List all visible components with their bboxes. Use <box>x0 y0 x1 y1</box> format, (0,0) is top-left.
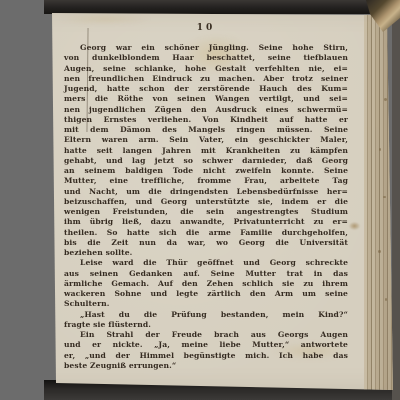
text-line: wenigen Freistunden, die sein angestreng… <box>64 207 348 217</box>
text-line: und Nacht, um die dringendsten Lebensbed… <box>64 187 348 197</box>
text-line: an seinem baldigen Tode nicht zweifeln k… <box>64 166 348 176</box>
right-shadow <box>392 0 400 400</box>
text-line: Mutter, eine treffliche, fromme Frau, ar… <box>64 176 348 186</box>
text-line: von dunkelblondem Haar beschattet, seine… <box>64 53 348 63</box>
text-line: wackeren Sohne und legte zärtlich den Ar… <box>64 289 348 299</box>
text-line: mers die Röthe von seinen Wangen vertilg… <box>64 94 348 104</box>
text-line: gehabt, und lag jetzt so schwer darniede… <box>64 156 348 166</box>
text-line: bis die Zeit nun da war, wo Georg die Un… <box>64 238 348 248</box>
top-shadow <box>44 0 400 14</box>
margin-stain <box>349 222 360 230</box>
foxing-fleck <box>378 250 381 253</box>
text-line: thigen Ernstes verliehen. Von Kindheit a… <box>64 115 348 125</box>
text-line: aus seinen Gedanken auf. Seine Mutter tr… <box>64 269 348 279</box>
book-page: 10 Georg war ein schöner Jüngling. Seine… <box>0 0 400 400</box>
text-line: und er nickte. „Ja, meine liebe Mutter,“… <box>64 340 348 350</box>
text-line: Jugend, hatte schon der zerstörende Hauc… <box>64 84 348 94</box>
text-line: Ein Strahl der Freude brach aus Georgs A… <box>64 330 348 340</box>
foxing-fleck <box>383 196 386 198</box>
scanned-book-photo: 10 Georg war ein schöner Jüngling. Seine… <box>0 0 400 400</box>
text-line: ärmliche Gemach. Auf den Zehen schlich s… <box>64 279 348 289</box>
page-number: 10 <box>64 23 348 33</box>
text-line: Schultern. <box>64 299 348 309</box>
text-block: Georg war ein schöner Jüngling. Seine ho… <box>64 43 348 371</box>
text-line: fragte sie flüsternd. <box>64 320 348 330</box>
text-line: „Hast du die Prüfung bestanden, mein Kin… <box>64 310 348 320</box>
text-line: Georg war ein schöner Jüngling. Seine ho… <box>64 43 348 53</box>
foxing-fleck <box>384 98 387 101</box>
foxing-fleck <box>385 298 387 301</box>
text-line: mit dem Dämon des Mangels ringen müssen.… <box>64 125 348 135</box>
text-line: beizuschaffen, und Georg unterstützte si… <box>64 197 348 207</box>
text-line: beziehen sollte. <box>64 248 348 258</box>
foxing-fleck <box>379 148 381 151</box>
text-line: er, „und der Himmel begünstigte mich. Ic… <box>64 351 348 361</box>
text-line: Augen, seine schlanke, hohe Gestalt verf… <box>64 64 348 74</box>
text-line: theilen. So hatte sich die arme Familie … <box>64 228 348 238</box>
text-line: nen freundlichen Eindruck zu machen. Abe… <box>64 74 348 84</box>
text-line: beste Zeugniß errungen.“ <box>64 361 348 371</box>
text-line: nen jugendlichen Zügen den Ausdruck eine… <box>64 105 348 115</box>
text-line: Eltern waren arm. Sein Vater, ein geschi… <box>64 135 348 145</box>
text-line: ihm übrig ließ, dazu anwandte, Privatunt… <box>64 217 348 227</box>
fore-edge-pages <box>364 12 393 392</box>
text-line: Leise ward die Thür geöffnet und Georg s… <box>64 258 348 268</box>
text-line: hatte seit langen Jahren mit Krankheiten… <box>64 146 348 156</box>
